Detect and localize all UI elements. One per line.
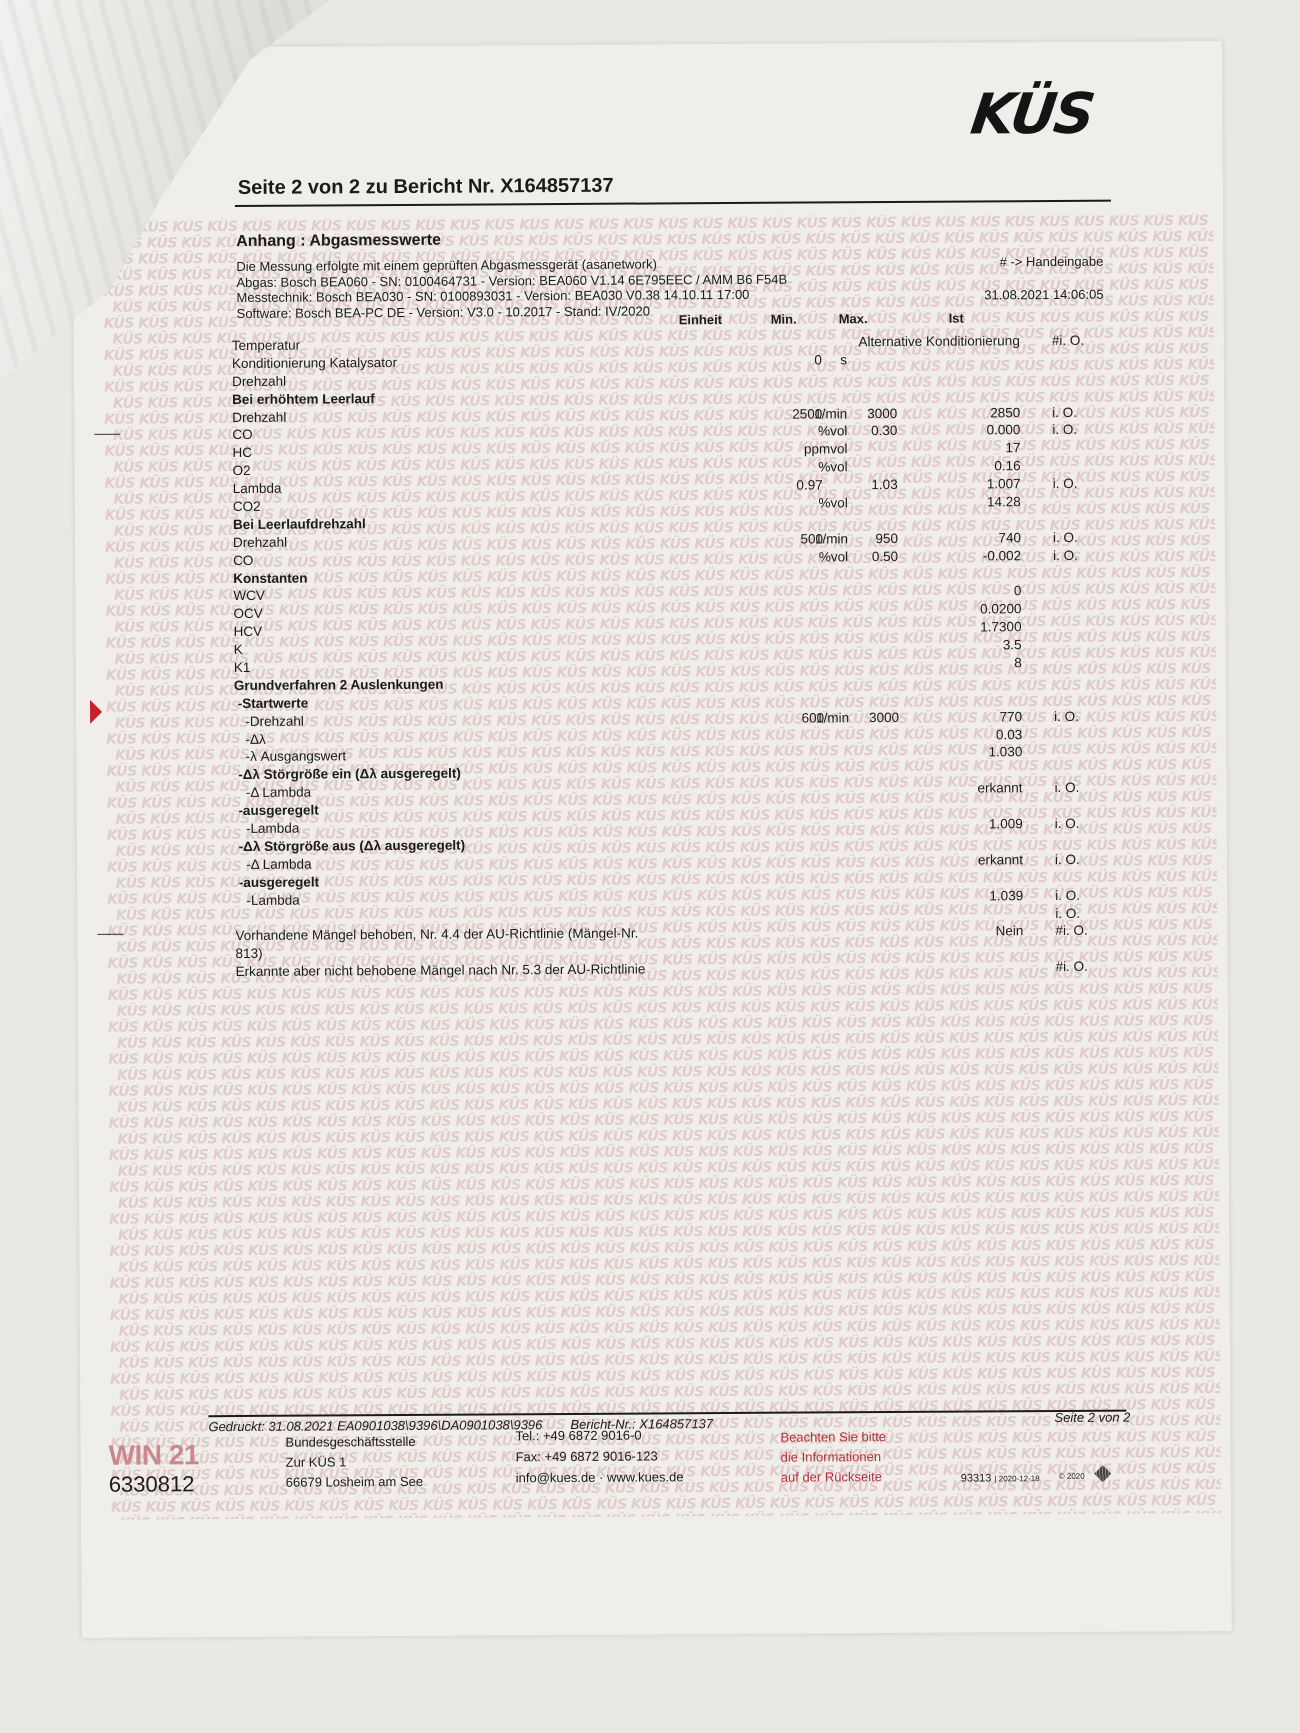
row-label: Bei Leerlaufdrehzahl [233,515,366,534]
result-cell: i. O. [1055,850,1115,868]
min-cell: 500 [768,530,823,548]
result-cell: #i. O. [1055,922,1115,940]
red-triangle-marker-icon [90,700,102,724]
row-label: Temperatur [232,337,300,355]
unit-cell: %vol [818,459,847,477]
ist-cell: Nein [895,923,1023,942]
page-number: Seite 2 von 2 [1054,1410,1130,1425]
min-cell: 600 [769,709,824,727]
ist-cell: erkannt [895,851,1023,870]
result-cell: i. O. [1052,421,1112,439]
ist-cell: 1.039 [895,887,1023,906]
result-cell: i. O. [1054,779,1114,797]
max-cell: 3000 [832,405,897,423]
row-label: CO [233,552,253,570]
address-line: Bundesgeschäftsstelle [285,1432,422,1453]
measurement-info: # -> Handeingabe 31.08.2021 14:06:05 [984,254,1104,303]
column-header-ist: Ist [949,311,964,326]
row-label: -Δλ Störgröße aus (Δλ ausgeregelt) [235,837,465,856]
max-cell: 0.30 [832,422,897,440]
row-label: OCV [233,605,262,623]
office-address: Bundesgeschäftsstelle Zur KÜS 1 66679 Lo… [285,1432,423,1493]
ist-cell: 17 [892,440,1020,459]
ist-cell: 1.007 [893,475,1021,494]
ist-cell: 0.0200 [893,601,1021,620]
result-cell: i. O. [1055,904,1115,922]
row-label: Drehzahl [232,408,286,426]
kus-logo: KÜS [967,82,1097,148]
result-cell: #i. O. [1052,332,1112,350]
notice-line: Beachten Sie bitte [780,1427,886,1448]
result-cell: i. O. [1055,886,1115,904]
min-cell: 0.97 [768,477,823,495]
fax: Fax: +49 6872 9016-123 [516,1445,684,1467]
ist-cell: 0.03 [894,726,1022,745]
ist-cell: 0.000 [892,422,1020,441]
row-label: CO2 [233,498,261,516]
row-label: K1 [234,659,251,677]
result-cell: i. O. [1055,815,1115,833]
row-label: -λ Ausgangswert [234,748,346,767]
row-label: Drehzahl [232,372,286,390]
row-label: -Lambda [235,820,300,838]
row-label: -Drehzahl [234,712,304,730]
unit-cell: %vol [818,494,847,512]
row-label: -ausgeregelt [235,873,319,891]
ist-cell: 740 [893,529,1021,548]
row-label: -Startwerte [234,694,308,712]
address-line: 66679 Losheim am See [286,1472,423,1493]
ist-cell: 1.7300 [894,618,1022,637]
column-header-min: Min. [771,312,797,327]
column-header-unit: Einheit [679,312,722,327]
row-label: K [234,641,243,659]
diamond-logo-icon [1094,1465,1111,1482]
ist-cell: -0.002 [893,547,1021,566]
ist-cell: 0.16 [893,457,1021,476]
ist-cell: 770 [894,708,1022,727]
row-label: CO [232,426,252,444]
ist-cell: 3.5 [894,636,1022,655]
notice-line: auf der Rückseite [781,1467,887,1488]
row-label: -Δλ Störgröße ein (Δλ ausgeregelt) [234,765,461,784]
row-label: -ausgeregelt [235,802,319,820]
unit-cell: s [840,351,847,369]
copyright: © 2020 [1059,1472,1085,1481]
page-title: Seite 2 von 2 zu Bericht Nr. X164857137 [238,175,614,200]
ist-cell: 14.28 [893,493,1021,512]
measurement-datetime: 31.08.2021 14:06:05 [984,286,1103,302]
ist-cell: 1.030 [894,744,1022,763]
document-code: 6330812 [109,1471,195,1498]
report-page: KÜS KÜS KÜS KÜS KÜS KÜS KÜS KÜS KÜS KÜS … [72,41,1232,1638]
win-label: WIN 21 [109,1439,200,1472]
form-date: 2020-12-18 [999,1474,1040,1483]
row-label: 813) [235,945,262,963]
ist-cell: erkannt [894,779,1022,798]
contact-info: Tel.: +49 6872 9016-0 Fax: +49 6872 9016… [515,1424,683,1488]
result-cell: i. O. [1052,403,1112,421]
max-cell: 3000 [834,709,899,727]
row-label: -Δ Lambda [235,784,312,802]
notice-line: die Informationen [781,1447,887,1468]
max-cell: 1.03 [833,476,898,494]
row-label: -Δ Lambda [235,855,312,873]
max-cell: 950 [833,530,898,548]
phone: Tel.: +49 6872 9016-0 [515,1424,683,1446]
back-page-notice: Beachten Sie bitte die Informationen auf… [780,1427,886,1488]
row-label: Grundverfahren 2 Auslenkungen [234,676,444,695]
result-cell: #i. O. [1056,958,1116,976]
form-id: 93313 [961,1472,992,1484]
address-line: Zur KÜS 1 [286,1452,423,1473]
row-label: Erkannte aber nicht behobene Mängel nach… [236,961,646,981]
row-label: Drehzahl [233,533,287,551]
fold-mark [97,934,123,935]
row-label: Konstanten [233,569,307,587]
row-label: -Δλ [234,730,266,748]
title-divider [235,200,1111,207]
min-cell: 0 [767,351,822,369]
row-label: Lambda [233,480,282,498]
result-cell: i. O. [1053,528,1113,546]
ist-cell: 8 [894,654,1022,673]
row-label: Konditionierung Katalysator [232,354,397,373]
ist-cell: 0 [893,583,1021,602]
fold-mark [94,434,120,435]
ist-cell: Alternative Konditionierung [852,332,1020,351]
row-label: -Lambda [235,891,300,909]
email-web[interactable]: info@kues.de · www.kues.de [516,1466,684,1488]
result-cell: i. O. [1054,707,1114,725]
manual-entry-legend: # -> Handeingabe [984,254,1103,270]
row-label: HC [232,444,252,462]
unit-cell: ppmvol [804,441,848,459]
ist-cell: 1.009 [895,815,1023,834]
result-cell: i. O. [1053,546,1113,564]
section-heading: Anhang : Abgasmesswerte [236,232,441,251]
ist-cell: 2850 [892,404,1020,423]
row-label: O2 [233,462,251,480]
row-label: Bei erhöhtem Leerlauf [232,390,375,409]
row-label: HCV [234,623,263,641]
measurement-table: TemperaturAlternative Konditionierung#i.… [232,332,1136,982]
min-cell: 2500 [767,405,822,423]
row-label: WCV [233,587,265,605]
form-number: 93313 | 2020-12-18 [961,1472,1040,1484]
column-header-max: Max. [839,311,868,326]
max-cell: 0.50 [833,548,898,566]
result-cell: i. O. [1053,475,1113,493]
